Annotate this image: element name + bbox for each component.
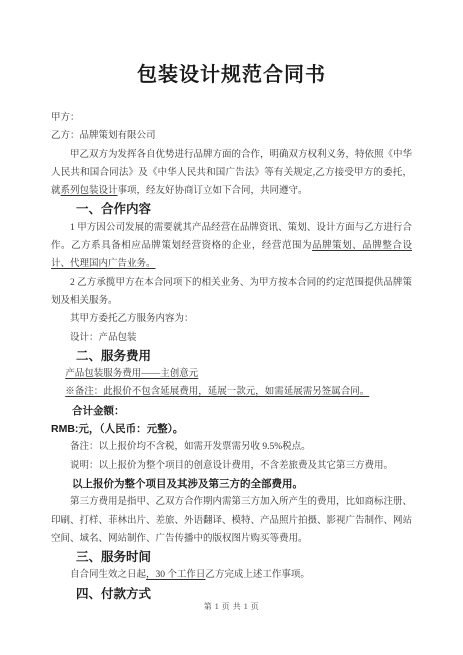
page-number-footer: 第 1 页 共 1 页 bbox=[0, 601, 463, 612]
preamble-text-post: 事项，经友好协商订立如下合同，共同遵守。 bbox=[118, 186, 308, 196]
section-3-p1-text-pre: 自合同生效之日起 bbox=[70, 570, 146, 580]
party-b-line: 乙方：品牌策划有限公司 bbox=[51, 127, 412, 145]
section-3-paragraph-1: 自合同生效之日起，30 个工作日乙方完成上述工作事项。 bbox=[51, 566, 412, 584]
party-a-line: 甲方： bbox=[51, 109, 412, 127]
total-amount-label: 合计金额： bbox=[51, 402, 412, 420]
fee-line: 产品包装服务费用——主创意元 bbox=[51, 365, 412, 383]
section-1-paragraph-4: 设计：产品包装 bbox=[51, 329, 412, 347]
tax-note-line: 备注：以上报价均不含税，如需开发票需另收 9.5%税点。 bbox=[51, 438, 412, 456]
preamble-underlined-text: 系列包装设计 bbox=[61, 186, 118, 196]
section-3-p1-underlined-text: ，30 个工作日 bbox=[146, 570, 205, 580]
document-title: 包装设计规范合同书 bbox=[51, 62, 412, 88]
section-1-paragraph-3: 其甲方委托乙方服务内容为： bbox=[51, 310, 412, 328]
section-1-paragraph-1: 1 甲方因公司发展的需要就其产品经营在品牌资讯、策划、设计方面与乙方进行合作。乙… bbox=[51, 219, 412, 274]
fee-note-line: ※备注：此报价不包含延展费用，延展一款元，如需延展需另签属合同。 bbox=[51, 383, 412, 401]
preamble-paragraph: 甲乙双方为发挥各自优势进行品牌方面的合作，明确双方权利义务，特依照《中华人民共和… bbox=[51, 146, 412, 201]
document-body: 甲方： 乙方：品牌策划有限公司 甲乙双方为发挥各自优势进行品牌方面的合作，明确双… bbox=[51, 109, 412, 603]
fee-line-text: 产品包装服务费用——主创意元 bbox=[65, 369, 198, 379]
all-fees-bold-note: 以上报价为整个项目及其涉及第三方的全部费用。 bbox=[51, 475, 412, 493]
rmb-line: RMB:元，（人民币：元整）。 bbox=[51, 420, 412, 438]
document-content: 包装设计规范合同书 甲方： 乙方：品牌策划有限公司 甲乙双方为发挥各自优势进行品… bbox=[51, 62, 412, 603]
section-1-paragraph-2: 2 乙方承揽甲方在本合同项下的相关业务、为甲方按本合同的约定范围提供品牌策划及相… bbox=[51, 274, 412, 311]
document-page: 包装设计规范合同书 甲方： 乙方：品牌策划有限公司 甲乙双方为发挥各自优势进行品… bbox=[0, 0, 463, 655]
section-3-heading: 三、服务时间 bbox=[51, 548, 412, 566]
scope-note-line: 说明：以上报价为整个项目的创意设计费用，不含差旅费及其它第三方费用。 bbox=[51, 457, 412, 475]
section-3-p1-text-post: 乙方完成上述工作事项。 bbox=[205, 570, 310, 580]
fee-note-text: ※备注：此报价不包含延展费用，延展一款元，如需延展需另签属合同。 bbox=[65, 387, 369, 397]
section-2-heading: 二、服务费用 bbox=[51, 347, 412, 365]
third-party-fee-paragraph: 第三方费用是指甲、乙双方合作期内需第三方加入所产生的费用，比如商标注册、印刷、打… bbox=[51, 493, 412, 548]
section-1-heading: 一、合作内容 bbox=[51, 200, 412, 218]
